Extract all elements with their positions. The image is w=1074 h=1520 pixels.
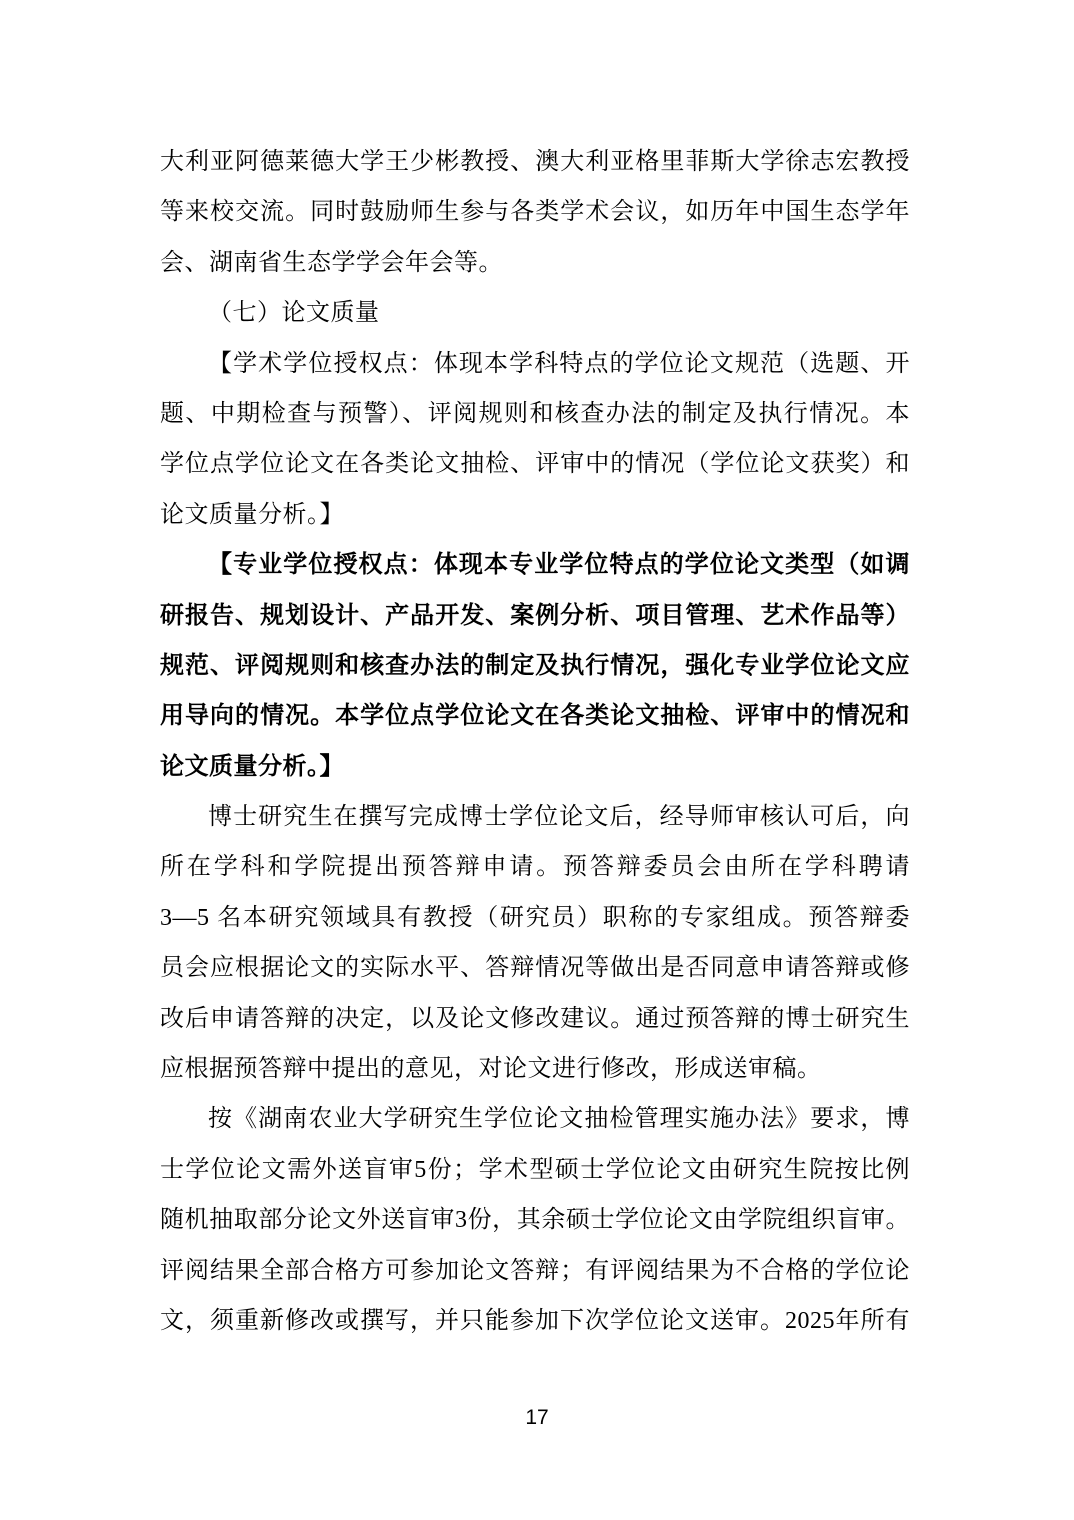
template-block-professional-end: 论文质量分析。】: [160, 742, 910, 792]
text-line: 随机抽取部分论文外送盲审3份，其余硕士学位论文由学院组织盲审。: [160, 1195, 910, 1245]
section-heading: （七）论文质量: [160, 288, 910, 338]
text-line: 评阅结果全部合格方可参加论文答辩；有评阅结果为不合格的学位论: [160, 1246, 910, 1296]
template-block-professional-start: 【专业学位授权点：体现本专业学位特点的学位论文类型（如调: [160, 540, 910, 590]
template-block-academic-end: 论文质量分析。】: [160, 490, 910, 540]
text-line: 士学位论文需外送盲审5份；学术型硕士学位论文由研究生院按比例: [160, 1145, 910, 1195]
text-line: 3—5 名本研究领域具有教授（研究员）职称的专家组成。预答辩委: [160, 893, 910, 943]
text-line: 文，须重新修改或撰写，并只能参加下次学位论文送审。2025年所有: [160, 1296, 910, 1346]
paragraph-predefense-start: 博士研究生在撰写完成博士学位论文后，经导师审核认可后，向: [160, 792, 910, 842]
text-line: 题、中期检查与预警）、评阅规则和核查办法的制定及执行情况。本: [160, 389, 910, 439]
text-line-continuation: 大利亚阿德莱德大学王少彬教授、澳大利亚格里菲斯大学徐志宏教授: [160, 137, 910, 187]
text-line: 改后申请答辩的决定，以及论文修改建议。通过预答辩的博士研究生: [160, 994, 910, 1044]
template-block-academic-start: 【学术学位授权点：体现本学科特点的学位论文规范（选题、开: [160, 339, 910, 389]
document-page: 大利亚阿德莱德大学王少彬教授、澳大利亚格里菲斯大学徐志宏教授 等来校交流。同时鼓…: [0, 0, 1074, 1520]
text-line-bold: 用导向的情况。本学位点学位论文在各类论文抽检、评审中的情况和: [160, 691, 910, 741]
text-line-paragraph-end: 会、湖南省生态学学会年会等。: [160, 238, 910, 288]
text-line-bold: 研报告、规划设计、产品开发、案例分析、项目管理、艺术作品等）: [160, 591, 910, 641]
text-line-paragraph-end: 应根据预答辩中提出的意见，对论文进行修改，形成送审稿。: [160, 1044, 910, 1094]
paragraph-blind-review-start: 按《湖南农业大学研究生学位论文抽检管理实施办法》要求，博: [160, 1094, 910, 1144]
text-line: 学位点学位论文在各类论文抽检、评审中的情况（学位论文获奖）和: [160, 439, 910, 489]
text-line: 等来校交流。同时鼓励师生参与各类学术会议，如历年中国生态学年: [160, 187, 910, 237]
text-line: 员会应根据论文的实际水平、答辩情况等做出是否同意申请答辩或修: [160, 943, 910, 993]
text-line: 所在学科和学院提出预答辩申请。预答辩委员会由所在学科聘请: [160, 842, 910, 892]
document-body: 大利亚阿德莱德大学王少彬教授、澳大利亚格里菲斯大学徐志宏教授 等来校交流。同时鼓…: [160, 137, 910, 1346]
text-line-bold: 规范、评阅规则和核查办法的制定及执行情况，强化专业学位论文应: [160, 641, 910, 691]
page-number: 17: [0, 1406, 1074, 1430]
